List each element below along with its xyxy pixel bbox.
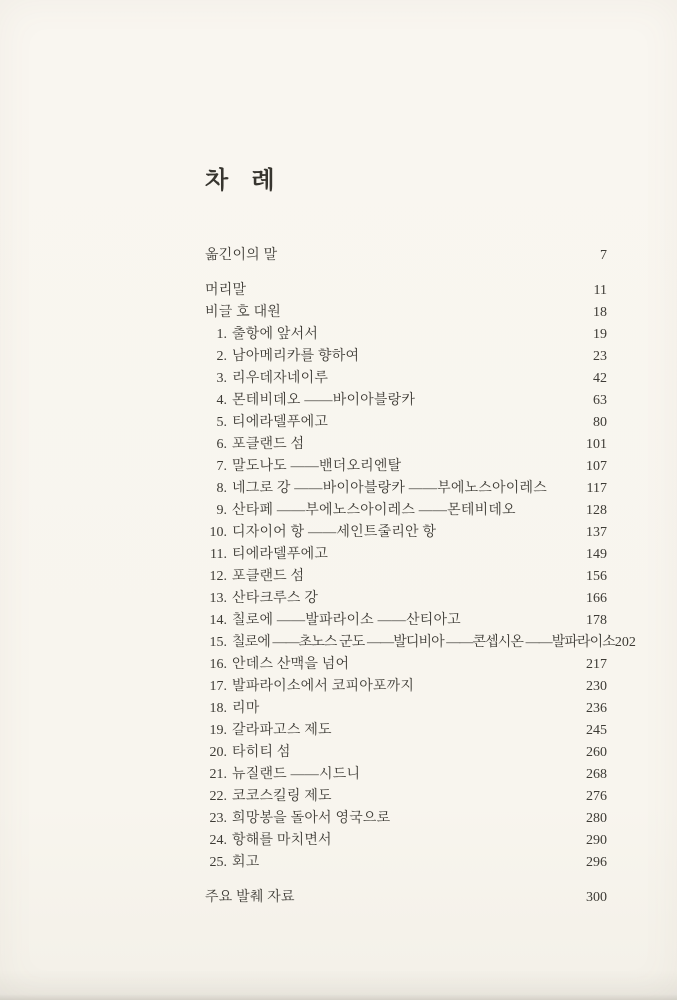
toc-entry: 머리말 11	[205, 280, 607, 302]
entry-label: 주요 발췌 자료	[205, 887, 295, 909]
entry-number: 23.	[205, 808, 227, 830]
toc-entry: 17. 발파라이소에서 코피아포까지 230	[205, 676, 607, 698]
entry-label: 티에라델푸에고	[232, 412, 328, 434]
toc-entry: 16. 안데스 산맥을 넘어 217	[205, 654, 607, 676]
entry-label: 칠로에 ——발파라이소 ——산티아고	[232, 610, 461, 632]
entry-label: 항해를 마치면서	[232, 830, 332, 852]
toc-entry: 23. 희망봉을 돌아서 영국으로 280	[205, 808, 607, 830]
entry-number: 19.	[205, 720, 227, 742]
toc-entry: 비글 호 대원 18	[205, 302, 607, 324]
entry-label: 포클랜드 섬	[232, 434, 304, 456]
entry-label: 회고	[232, 852, 259, 874]
toc-entry: 5. 티에라델푸에고 80	[205, 412, 607, 434]
toc-list: 옮긴이의 말 7 머리말 11 비글 호 대원 18 1. 출항에 앞서서 19…	[205, 245, 607, 909]
entry-label: 머리말	[205, 280, 246, 302]
entry-label: 리우데자네이루	[232, 368, 328, 390]
entry-page: 300	[586, 887, 607, 909]
toc-entry: 3. 리우데자네이루 42	[205, 368, 607, 390]
entry-label: 말도나도 ——밴더오리엔탈	[232, 456, 401, 478]
entry-label: 타히티 섬	[232, 742, 291, 764]
entry-page: 80	[593, 412, 607, 434]
entry-page: 63	[593, 390, 607, 412]
entry-number: 9.	[205, 500, 227, 522]
toc-entry: 13. 산타크루스 강 166	[205, 588, 607, 610]
entry-number: 25.	[205, 852, 227, 874]
entry-number: 5.	[205, 412, 227, 434]
entry-page: 101	[586, 434, 607, 456]
toc-entry: 14. 칠로에 ——발파라이소 ——산티아고 178	[205, 610, 607, 632]
entry-page: 276	[586, 786, 607, 808]
entry-page: 245	[586, 720, 607, 742]
scanned-book-page: 차 례 옮긴이의 말 7 머리말 11 비글 호 대원 18 1. 출항에 앞서…	[0, 0, 677, 1000]
toc-entry: 2. 남아메리카를 향하여 23	[205, 346, 607, 368]
entry-label: 뉴질랜드 ——시드니	[232, 764, 360, 786]
entry-number: 7.	[205, 456, 227, 478]
entry-number: 21.	[205, 764, 227, 786]
entry-number: 10.	[205, 522, 227, 544]
entry-number: 12.	[205, 566, 227, 588]
entry-number: 16.	[205, 654, 227, 676]
entry-number: 14.	[205, 610, 227, 632]
toc-entry: 6. 포클랜드 섬 101	[205, 434, 607, 456]
entry-number: 22.	[205, 786, 227, 808]
entry-label: 산타크루스 강	[232, 588, 318, 610]
toc-entry: 24. 항해를 마치면서 290	[205, 830, 607, 852]
entry-label: 안데스 산맥을 넘어	[232, 654, 349, 676]
toc-entry: 7. 말도나도 ——밴더오리엔탈 107	[205, 456, 607, 478]
entry-page: 296	[586, 852, 607, 874]
entry-label: 몬테비데오 ——바이아블랑카	[232, 390, 415, 412]
entry-label: 옮긴이의 말	[205, 245, 277, 267]
toc-entry: 1. 출항에 앞서서 19	[205, 324, 607, 346]
toc-entry: 22. 코코스킬링 제도 276	[205, 786, 607, 808]
entry-page: 18	[593, 302, 607, 324]
entry-label: 비글 호 대원	[205, 302, 281, 324]
entry-number: 1.	[205, 324, 227, 346]
toc-entry: 20. 타히티 섬 260	[205, 742, 607, 764]
toc-entry: 9. 산타페 ——부에노스아이레스 ——몬테비데오 128	[205, 500, 607, 522]
entry-page: 19	[593, 324, 607, 346]
entry-number: 6.	[205, 434, 227, 456]
entry-label: 디자이어 항 ——세인트줄리안 항	[232, 522, 436, 544]
entry-label: 갈라파고스 제도	[232, 720, 332, 742]
toc-content: 차 례 옮긴이의 말 7 머리말 11 비글 호 대원 18 1. 출항에 앞서…	[0, 0, 677, 909]
entry-label: 산타페 ——부에노스아이레스 ——몬테비데오	[232, 500, 516, 522]
entry-number: 13.	[205, 588, 227, 610]
entry-page: 202	[615, 632, 636, 654]
toc-entry: 10. 디자이어 항 ——세인트줄리안 항 137	[205, 522, 607, 544]
entry-label: 리마	[232, 698, 259, 720]
entry-page: 117	[587, 478, 607, 500]
entry-page: 290	[586, 830, 607, 852]
entry-page: 260	[586, 742, 607, 764]
entry-page: 7	[600, 245, 607, 267]
entry-label: 네그로 강 ——바이아블랑카 ——부에노스아이레스	[232, 478, 547, 500]
entry-number: 11.	[205, 544, 227, 566]
entry-number: 18.	[205, 698, 227, 720]
entry-label: 출항에 앞서서	[232, 324, 318, 346]
entry-label: 포클랜드 섬	[232, 566, 304, 588]
entry-page: 280	[586, 808, 607, 830]
entry-page: 23	[593, 346, 607, 368]
entry-label: 남아메리카를 향하여	[232, 346, 359, 368]
toc-entry: 25. 회고 296	[205, 852, 607, 874]
entry-number: 2.	[205, 346, 227, 368]
entry-page: 107	[586, 456, 607, 478]
toc-title: 차 례	[205, 160, 607, 195]
entry-label: 칠로에 ——초노스 군도 ——발디비아 ——콘셉시온 ——발파라이소	[232, 632, 615, 654]
entry-page: 11	[594, 280, 607, 302]
toc-entry: 12. 포클랜드 섬 156	[205, 566, 607, 588]
entry-number: 3.	[205, 368, 227, 390]
toc-entry: 주요 발췌 자료 300	[205, 887, 607, 909]
toc-entry: 21. 뉴질랜드 ——시드니 268	[205, 764, 607, 786]
toc-entry: 15. 칠로에 ——초노스 군도 ——발디비아 ——콘셉시온 ——발파라이소 2…	[205, 632, 607, 654]
entry-page: 236	[586, 698, 607, 720]
entry-label: 발파라이소에서 코피아포까지	[232, 676, 414, 698]
entry-label: 티에라델푸에고	[232, 544, 328, 566]
entry-label: 코코스킬링 제도	[232, 786, 332, 808]
toc-entry: 옮긴이의 말 7	[205, 245, 607, 267]
toc-entry: 4. 몬테비데오 ——바이아블랑카 63	[205, 390, 607, 412]
toc-entry: 19. 갈라파고스 제도 245	[205, 720, 607, 742]
entry-number: 15.	[205, 632, 227, 654]
entry-page: 128	[586, 500, 607, 522]
entry-page: 268	[586, 764, 607, 786]
entry-page: 178	[586, 610, 607, 632]
entry-page: 137	[586, 522, 607, 544]
entry-page: 230	[586, 676, 607, 698]
entry-number: 20.	[205, 742, 227, 764]
entry-page: 149	[586, 544, 607, 566]
entry-page: 42	[593, 368, 607, 390]
entry-label: 희망봉을 돌아서 영국으로	[232, 808, 390, 830]
toc-entry: 18. 리마 236	[205, 698, 607, 720]
entry-number: 8.	[205, 478, 227, 500]
entry-page: 217	[586, 654, 607, 676]
entry-page: 156	[586, 566, 607, 588]
entry-page: 166	[586, 588, 607, 610]
entry-number: 24.	[205, 830, 227, 852]
entry-number: 4.	[205, 390, 227, 412]
entry-number: 17.	[205, 676, 227, 698]
toc-entry: 11. 티에라델푸에고 149	[205, 544, 607, 566]
toc-entry: 8. 네그로 강 ——바이아블랑카 ——부에노스아이레스 117	[205, 478, 607, 500]
